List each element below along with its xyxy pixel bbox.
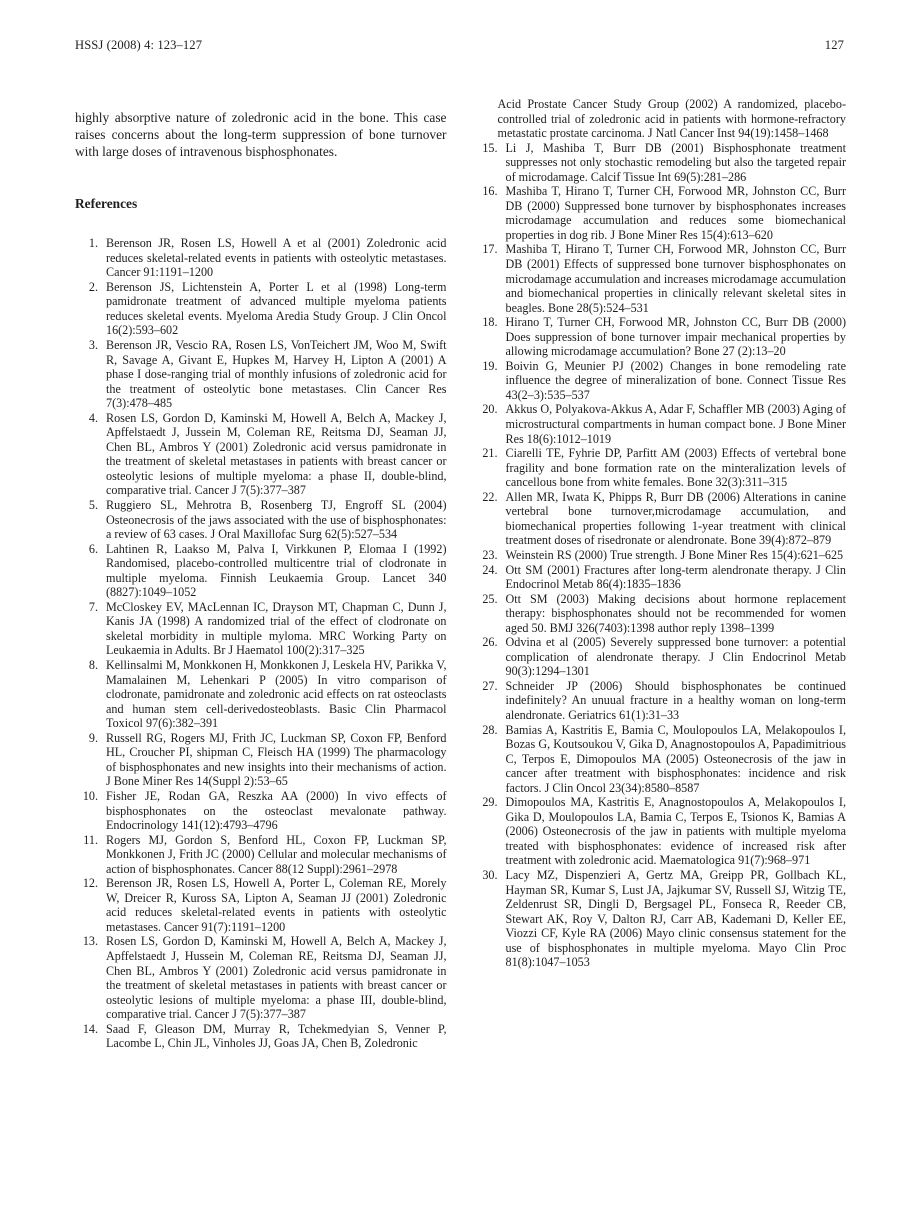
reference-number: 23.	[475, 548, 498, 563]
reference-number: 26.	[475, 635, 498, 650]
reference-item: 7. McCloskey EV, MAcLennan IC, Drayson M…	[75, 600, 447, 658]
reference-number: 20.	[475, 402, 498, 417]
reference-number: 25.	[475, 592, 498, 607]
reference-text: McCloskey EV, MAcLennan IC, Drayson MT, …	[106, 600, 447, 658]
references-heading: References	[75, 196, 447, 212]
reference-item: 30. Lacy MZ, Dispenzieri A, Gertz MA, Gr…	[475, 868, 847, 970]
reference-item: 18. Hirano T, Turner CH, Forwood MR, Joh…	[475, 315, 847, 359]
reference-14-continuation: Acid Prostate Cancer Study Group (2002) …	[475, 97, 847, 141]
reference-item: 22. Allen MR, Iwata K, Phipps R, Burr DB…	[475, 490, 847, 548]
reference-item: 5. Ruggiero SL, Mehrotra B, Rosenberg TJ…	[75, 498, 447, 542]
reference-number: 8.	[75, 658, 98, 673]
page-header: HSSJ (2008) 4: 123–127 127	[0, 0, 920, 53]
intro-paragraph: highly absorptive nature of zoledronic a…	[75, 110, 447, 160]
reference-text: Berenson JR, Rosen LS, Howell A, Porter …	[106, 876, 447, 934]
reference-number: 24.	[475, 563, 498, 578]
reference-item: 17. Mashiba T, Hirano T, Turner CH, Forw…	[475, 242, 847, 315]
reference-number: 15.	[475, 141, 498, 156]
reference-text: Ott SM (2001) Fractures after long-term …	[506, 563, 847, 592]
reference-number: 29.	[475, 795, 498, 810]
reference-item: 24. Ott SM (2001) Fractures after long-t…	[475, 563, 847, 592]
reference-text: Lacy MZ, Dispenzieri A, Gertz MA, Greipp…	[506, 868, 847, 969]
reference-item: 12. Berenson JR, Rosen LS, Howell A, Por…	[75, 876, 447, 934]
reference-item: 14. Saad F, Gleason DM, Murray R, Tchekm…	[75, 1022, 447, 1051]
reference-number: 30.	[475, 868, 498, 883]
reference-item: 3. Berenson JR, Vescio RA, Rosen LS, Von…	[75, 338, 447, 411]
reference-text: Allen MR, Iwata K, Phipps R, Burr DB (20…	[506, 490, 847, 548]
reference-text: Rosen LS, Gordon D, Kaminski M, Howell A…	[106, 934, 447, 1021]
reference-text: Mashiba T, Hirano T, Turner CH, Forwood …	[506, 184, 847, 242]
reference-item: 19. Boivin G, Meunier PJ (2002) Changes …	[475, 359, 847, 403]
reference-text: Berenson JR, Rosen LS, Howell A et al (2…	[106, 236, 447, 279]
reference-text: Ott SM (2003) Making decisions about hor…	[506, 592, 847, 635]
right-column: Acid Prostate Cancer Study Group (2002) …	[475, 97, 847, 1051]
reference-item: 26. Odvina et al (2005) Severely suppres…	[475, 635, 847, 679]
reference-text: Hirano T, Turner CH, Forwood MR, Johnsto…	[506, 315, 847, 358]
reference-text: Schneider JP (2006) Should bisphosphonat…	[506, 679, 847, 722]
reference-number: 13.	[75, 934, 98, 949]
reference-text: Mashiba T, Hirano T, Turner CH, Forwood …	[506, 242, 847, 314]
reference-text: Rogers MJ, Gordon S, Benford HL, Coxon F…	[106, 833, 447, 876]
reference-number: 11.	[75, 833, 98, 848]
reference-item: 21. Ciarelli TE, Fyhrie DP, Parfitt AM (…	[475, 446, 847, 490]
reference-item: 29. Dimopoulos MA, Kastritis E, Anagnost…	[475, 795, 847, 868]
references-list-right: 15. Li J, Mashiba T, Burr DB (2001) Bisp…	[475, 141, 847, 970]
reference-text: Bamias A, Kastritis E, Bamia C, Moulopou…	[506, 723, 847, 795]
reference-item: 20. Akkus O, Polyakova-Akkus A, Adar F, …	[475, 402, 847, 446]
reference-item: 11. Rogers MJ, Gordon S, Benford HL, Cox…	[75, 833, 447, 877]
reference-text: Ciarelli TE, Fyhrie DP, Parfitt AM (2003…	[506, 446, 847, 489]
page-number: 127	[825, 38, 844, 53]
reference-number: 28.	[475, 723, 498, 738]
reference-text: Berenson JS, Lichtenstein A, Porter L et…	[106, 280, 447, 338]
reference-number: 6.	[75, 542, 98, 557]
reference-item: 6. Lahtinen R, Laakso M, Palva I, Virkku…	[75, 542, 447, 600]
reference-item: 8. Kellinsalmi M, Monkkonen H, Monkkonen…	[75, 658, 447, 731]
reference-item: 15. Li J, Mashiba T, Burr DB (2001) Bisp…	[475, 141, 847, 185]
reference-number: 18.	[475, 315, 498, 330]
reference-number: 5.	[75, 498, 98, 513]
reference-item: 16. Mashiba T, Hirano T, Turner CH, Forw…	[475, 184, 847, 242]
reference-text: Akkus O, Polyakova-Akkus A, Adar F, Scha…	[506, 402, 847, 445]
reference-text: Berenson JR, Vescio RA, Rosen LS, VonTei…	[106, 338, 447, 410]
reference-number: 9.	[75, 731, 98, 746]
reference-item: 1. Berenson JR, Rosen LS, Howell A et al…	[75, 236, 447, 280]
reference-item: 4. Rosen LS, Gordon D, Kaminski M, Howel…	[75, 411, 447, 498]
reference-item: 10. Fisher JE, Rodan GA, Reszka AA (2000…	[75, 789, 447, 833]
left-column: highly absorptive nature of zoledronic a…	[75, 97, 447, 1051]
reference-number: 19.	[475, 359, 498, 374]
references-list-left: 1. Berenson JR, Rosen LS, Howell A et al…	[75, 236, 447, 1051]
reference-text: Weinstein RS (2000) True strength. J Bon…	[506, 548, 844, 562]
reference-item: 23. Weinstein RS (2000) True strength. J…	[475, 548, 847, 563]
reference-text: Russell RG, Rogers MJ, Frith JC, Luckman…	[106, 731, 447, 789]
reference-text: Odvina et al (2005) Severely suppressed …	[506, 635, 847, 678]
reference-item: 9. Russell RG, Rogers MJ, Frith JC, Luck…	[75, 731, 447, 789]
paper-page: HSSJ (2008) 4: 123–127 127 highly absorp…	[0, 0, 920, 1223]
reference-text: Boivin G, Meunier PJ (2002) Changes in b…	[506, 359, 847, 402]
reference-number: 4.	[75, 411, 98, 426]
reference-number: 21.	[475, 446, 498, 461]
two-column-body: highly absorptive nature of zoledronic a…	[0, 97, 920, 1051]
reference-text: Dimopoulos MA, Kastritis E, Anagnostopou…	[506, 795, 847, 867]
reference-number: 27.	[475, 679, 498, 694]
reference-text: Lahtinen R, Laakso M, Palva I, Virkkunen…	[106, 542, 447, 600]
reference-text: Fisher JE, Rodan GA, Reszka AA (2000) In…	[106, 789, 447, 832]
reference-number: 1.	[75, 236, 98, 251]
reference-number: 12.	[75, 876, 98, 891]
reference-number: 14.	[75, 1022, 98, 1037]
reference-number: 7.	[75, 600, 98, 615]
reference-text: Saad F, Gleason DM, Murray R, Tchekmedyi…	[106, 1022, 447, 1051]
reference-item: 27. Schneider JP (2006) Should bisphosph…	[475, 679, 847, 723]
reference-item: 25. Ott SM (2003) Making decisions about…	[475, 592, 847, 636]
reference-item: 28. Bamias A, Kastritis E, Bamia C, Moul…	[475, 723, 847, 796]
journal-citation: HSSJ (2008) 4: 123–127	[75, 38, 202, 53]
reference-number: 10.	[75, 789, 98, 804]
reference-text: Ruggiero SL, Mehrotra B, Rosenberg TJ, E…	[106, 498, 447, 541]
reference-number: 22.	[475, 490, 498, 505]
reference-number: 2.	[75, 280, 98, 295]
reference-number: 3.	[75, 338, 98, 353]
reference-text: Kellinsalmi M, Monkkonen H, Monkkonen J,…	[106, 658, 447, 730]
reference-number: 16.	[475, 184, 498, 199]
reference-item: 13. Rosen LS, Gordon D, Kaminski M, Howe…	[75, 934, 447, 1021]
reference-text: Li J, Mashiba T, Burr DB (2001) Bisphosp…	[506, 141, 847, 184]
reference-text: Rosen LS, Gordon D, Kaminski M, Howell A…	[106, 411, 447, 498]
reference-number: 17.	[475, 242, 498, 257]
reference-item: 2. Berenson JS, Lichtenstein A, Porter L…	[75, 280, 447, 338]
